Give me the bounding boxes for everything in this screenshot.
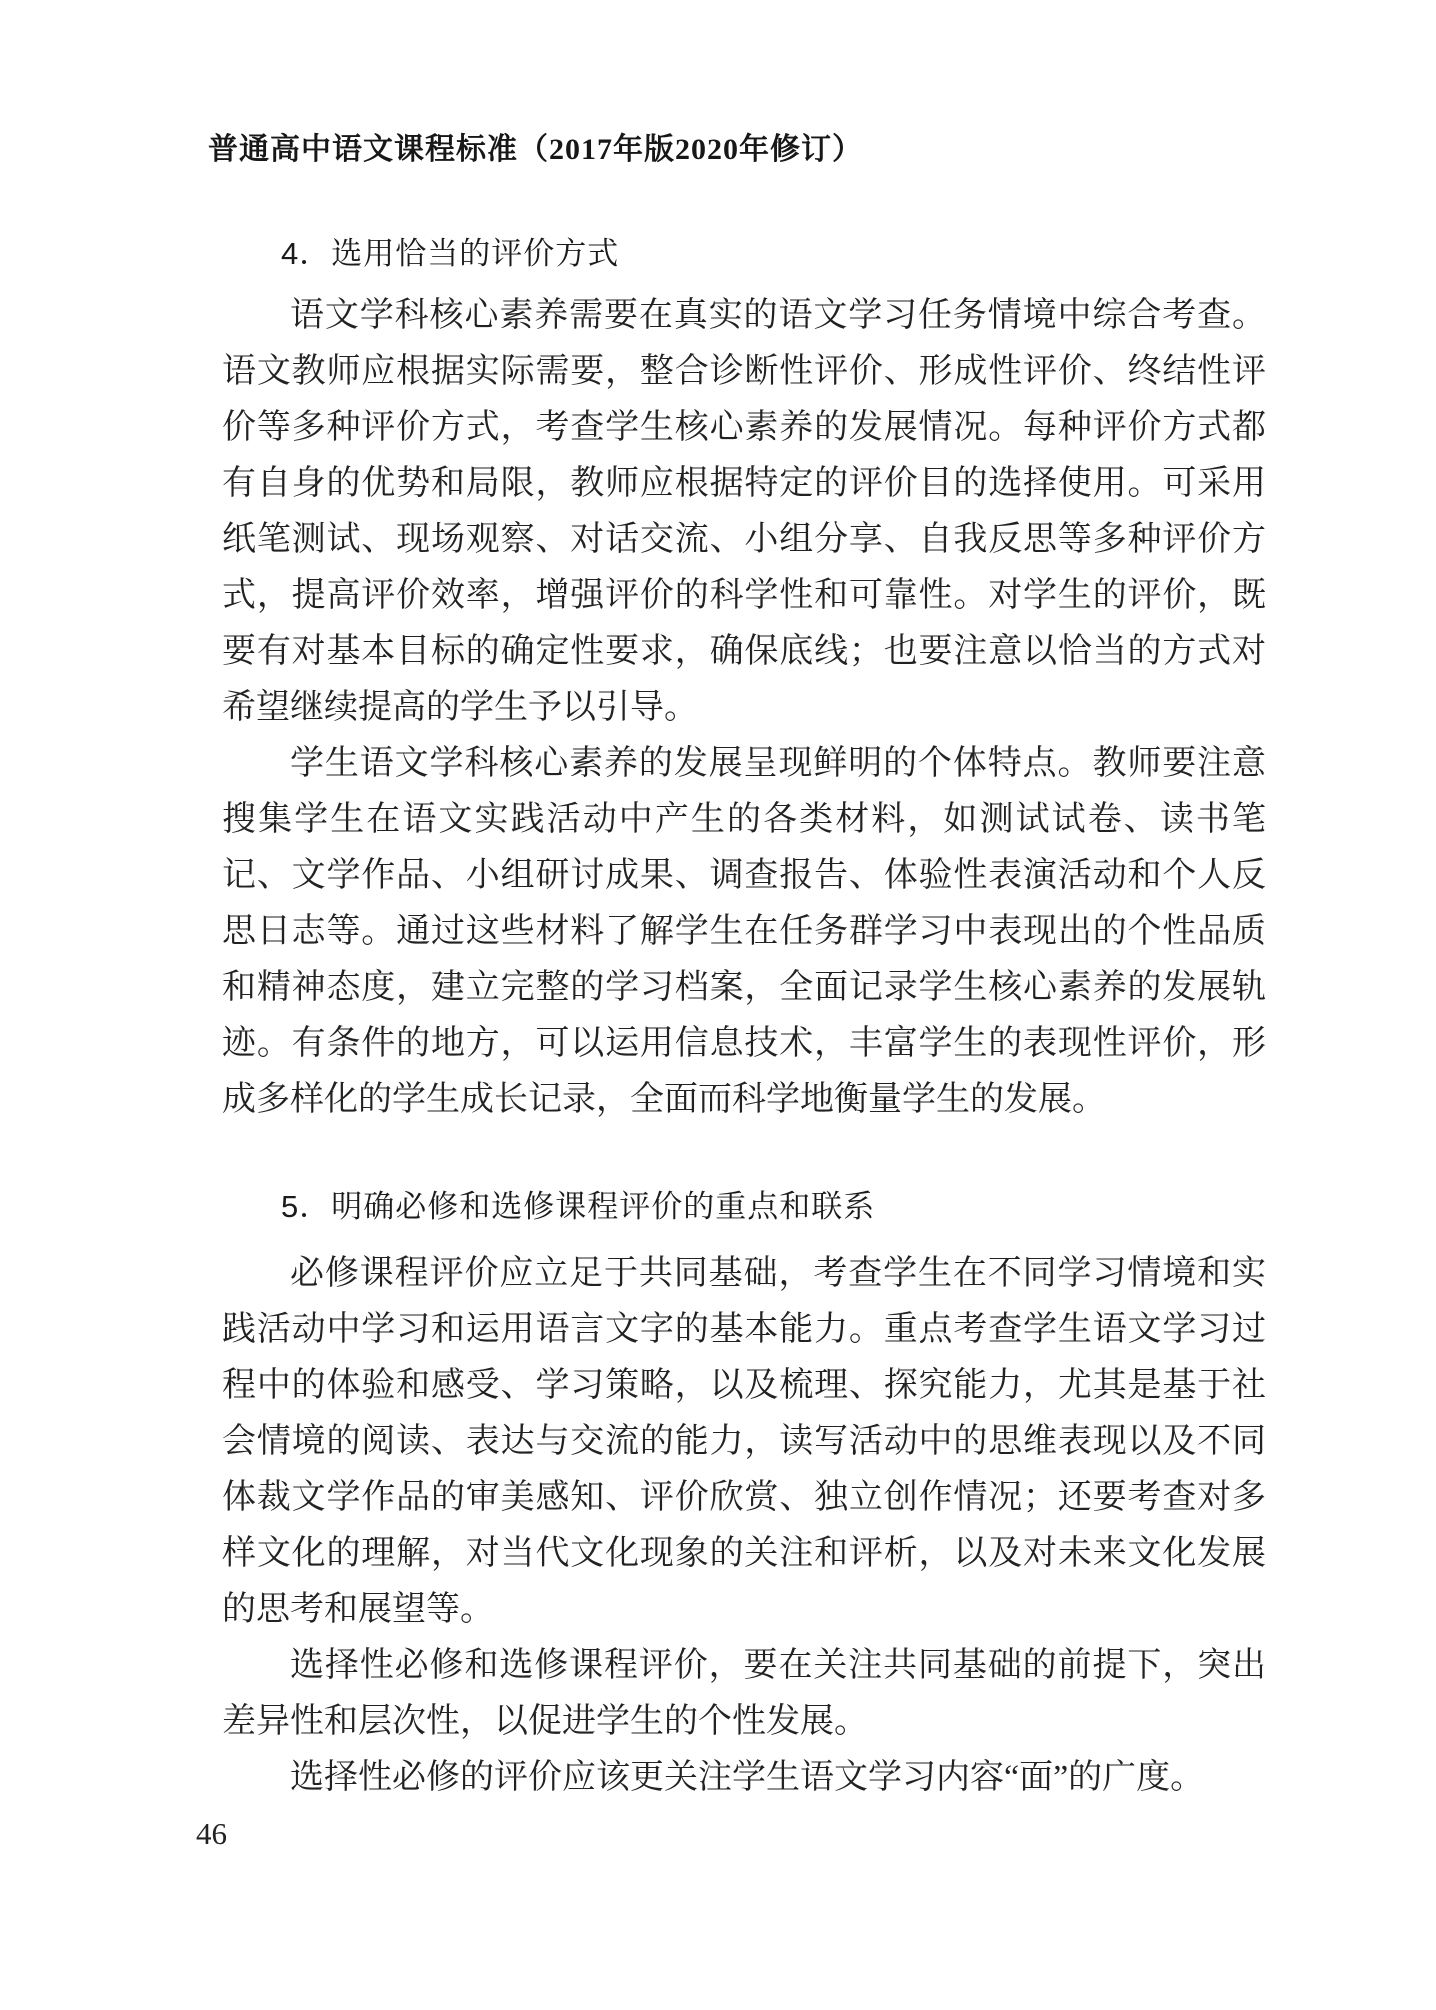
running-header: 普通高中语文课程标准（2017年版2020年修订） bbox=[208, 124, 863, 168]
section-heading-4: 4．选用恰当的评价方式 bbox=[281, 228, 619, 273]
document-page: 普通高中语文课程标准（2017年版2020年修订） 4．选用恰当的评价方式 语文… bbox=[0, 0, 1436, 2010]
paragraph: 语文学科核心素养需要在真实的语文学习任务情境中综合考查。语文教师应根据实际需要，… bbox=[222, 288, 1266, 736]
section-4-body: 语文学科核心素养需要在真实的语文学习任务情境中综合考查。语文教师应根据实际需要，… bbox=[222, 288, 1266, 1128]
section-heading-5: 5．明确必修和选修课程评价的重点和联系 bbox=[281, 1181, 875, 1226]
paragraph: 选择性必修和选修课程评价，要在关注共同基础的前提下，突出差异性和层次性，以促进学… bbox=[222, 1638, 1266, 1750]
section-5-body: 必修课程评价应立足于共同基础，考查学生在不同学习情境和实践活动中学习和运用语言文… bbox=[222, 1246, 1266, 1806]
paragraph: 学生语文学科核心素养的发展呈现鲜明的个体特点。教师要注意搜集学生在语文实践活动中… bbox=[222, 736, 1266, 1128]
page-number: 46 bbox=[196, 1816, 227, 1852]
paragraph: 必修课程评价应立足于共同基础，考查学生在不同学习情境和实践活动中学习和运用语言文… bbox=[222, 1246, 1266, 1638]
paragraph: 选择性必修的评价应该更关注学生语文学习内容“面”的广度。 bbox=[222, 1750, 1266, 1806]
